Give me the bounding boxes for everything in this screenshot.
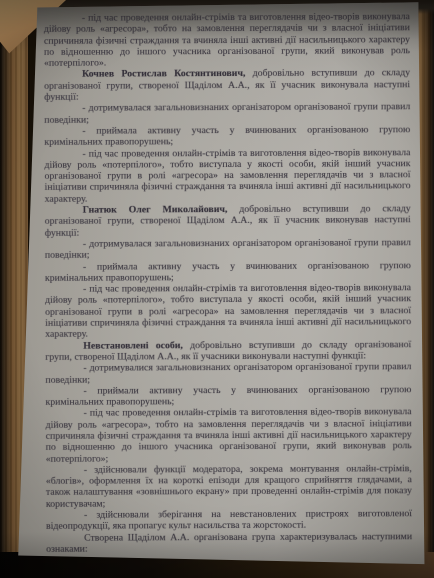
person-name: Невстановлені особи,: [83, 340, 183, 351]
bullet-item: - здійснювали функції модератора, зокрем…: [46, 463, 412, 510]
person-name: Гнатюк Олег Миколайович,: [83, 204, 228, 216]
bullet-item: - приймали активну участь у вчинюваних о…: [45, 384, 411, 408]
bullet-item: - здійснювали зберігання на невстановлен…: [46, 508, 412, 532]
paragraph-person-hnatiuk: Гнатюк Олег Миколайович, добровільно вст…: [45, 203, 411, 238]
bullet-item: - дотримувалася загальновизнаних організ…: [45, 237, 411, 261]
paragraph-closing: Створена Щаділом А.А. організована група…: [46, 531, 412, 555]
paragraph-person-kochnev: Кочнев Ростислав Костянтинович, добровіл…: [44, 68, 410, 103]
bullet-item: - під час проведення онлайн-стрімів та в…: [45, 282, 411, 340]
document-page: - під час проведення онлайн-стрімів та в…: [0, 0, 434, 578]
paragraph-unidentified-persons: Невстановлені особи, добровільно вступив…: [45, 339, 411, 363]
bullet-item: - приймала активну участь у вчинюваних о…: [45, 260, 411, 284]
bullet-item: - дотримувалися загальновизнаних організ…: [45, 361, 411, 385]
document-text: - під час проведення онлайн-стрімів та в…: [44, 11, 412, 555]
photo-of-document: - під час проведення онлайн-стрімів та в…: [0, 0, 434, 578]
person-name: Кочнев Ростислав Костянтинович,: [82, 68, 245, 80]
bullet-item: - приймала активну участь у вчинюваних о…: [44, 124, 410, 148]
bullet-item: - під час проведення онлайн-стрімів та в…: [46, 407, 412, 465]
bullet-item: - під час проведення онлайн-стрімів та в…: [44, 11, 410, 69]
bullet-item: - під час проведення онлайн-стрімів та в…: [44, 147, 410, 205]
bullet-item: - дотримувалася загальновизнаних організ…: [44, 102, 410, 126]
